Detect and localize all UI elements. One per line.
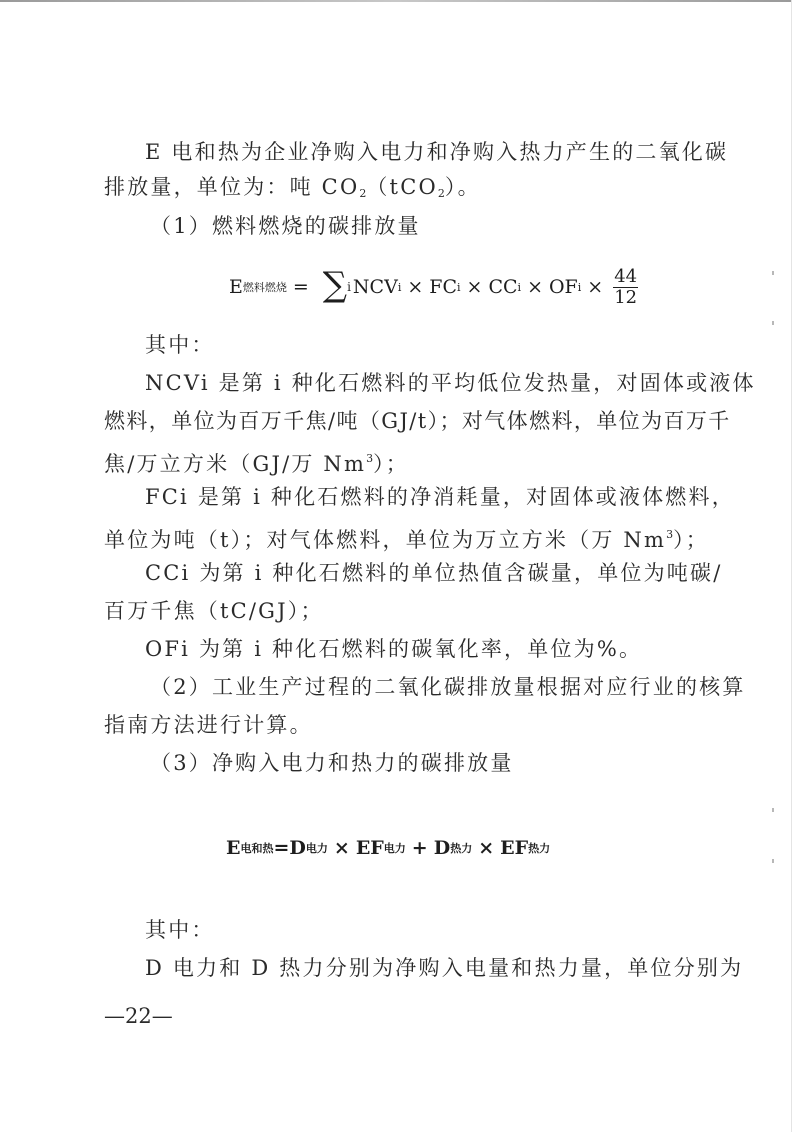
term-of-subscript: i — [578, 281, 582, 294]
fraction-denominator: 12 — [614, 288, 637, 308]
where-label-2: 其中： — [145, 918, 215, 942]
paragraph-e-electricity-heat-line2: 排放量，单位为：吨 CO2（tCO2）。 — [104, 175, 481, 206]
where-label-1: 其中： — [145, 333, 215, 357]
term-ef-heat-subscript: 热力 — [528, 840, 550, 856]
equals-sign: = — [273, 837, 289, 859]
formula-fuel-combustion: E燃料燃烧 = ∑i NCVi × FCi × CCi × OFi × 44 1… — [229, 262, 638, 312]
scan-top-edge — [0, 0, 792, 2]
fraction-numerator: 44 — [613, 267, 638, 288]
term-ef-heat: EF — [500, 837, 528, 859]
formula-lhs-subscript: 燃料燃烧 — [243, 279, 287, 295]
formula-lhs: E — [229, 276, 243, 298]
term-ef-electricity-subscript: 电力 — [384, 840, 406, 856]
unit-text-a: 排放量，单位为：吨 CO — [104, 175, 359, 199]
ncv-definition-line2: 燃料，单位为百万千焦/吨（GJ/t）；对气体燃料，单位为百万千 — [104, 409, 731, 433]
page-number: —22— — [104, 1004, 173, 1028]
scan-margin-mark — [772, 321, 774, 325]
paragraph-e-electricity-heat-line1: E 电和热为企业净购入电力和净购入热力产生的二氧化碳 — [145, 140, 728, 164]
plus-sign: + — [412, 837, 428, 859]
heading-industrial-process-line2: 指南方法进行计算。 — [104, 713, 313, 737]
term-d-electricity-subscript: 电力 — [306, 840, 328, 856]
times-sign: × — [407, 276, 423, 298]
times-sign: × — [467, 276, 483, 298]
cc-definition-line2: 百万千焦（tC/GJ）； — [104, 599, 324, 623]
fc-unit-text-b: ）； — [673, 528, 709, 552]
d-definition-line1: D 电力和 D 热力分别为净购入电量和热力量，单位分别为 — [145, 956, 743, 980]
cc-definition-line1: CCi 为第 i 种化石燃料的单位热值含碳量，单位为吨碳/ — [145, 561, 722, 585]
scan-margin-mark — [772, 859, 774, 863]
term-d-electricity: D — [289, 837, 305, 859]
times-sign: × — [478, 837, 494, 859]
ncv-definition-line1: NCVi 是第 i 种化石燃料的平均低位发热量，对固体或液体 — [145, 371, 756, 395]
fc-definition-line2: 单位为吨（t）；对气体燃料，单位为万立方米（万 Nm3）； — [104, 523, 709, 552]
heading-industrial-process-line1: （2）工业生产过程的二氧化碳排放量根据对应行业的核算 — [150, 675, 746, 699]
term-ef-electricity: EF — [356, 837, 384, 859]
subscript-2: 2 — [438, 187, 445, 200]
of-definition: OFi 为第 i 种化石燃料的碳氧化率，单位为%。 — [145, 637, 642, 661]
fc-definition-line1: FCi 是第 i 种化石燃料的净消耗量，对固体或液体燃料， — [145, 485, 735, 509]
equals-sign: = — [293, 276, 309, 298]
times-sign: × — [587, 276, 603, 298]
fc-unit-text-a: 单位为吨（t）；对气体燃料，单位为万立方米（万 Nm — [104, 528, 666, 552]
term-of: OF — [549, 276, 578, 298]
times-sign: × — [334, 837, 350, 859]
fraction-44-12: 44 12 — [613, 267, 638, 308]
times-sign: × — [527, 276, 543, 298]
formula-lhs: E — [226, 837, 240, 859]
term-cc-subscript: i — [518, 281, 522, 294]
term-ncv-subscript: i — [398, 281, 402, 294]
summation-icon: ∑ — [323, 268, 347, 302]
formula-lhs-subscript: 电和热 — [240, 840, 273, 856]
summation-index: i — [347, 280, 351, 294]
heading-purchased-electricity-heat: （3）净购入电力和热力的碳排放量 — [150, 751, 514, 775]
scan-margin-mark — [772, 808, 774, 812]
term-d-heat-subscript: 热力 — [450, 840, 472, 856]
ncv-definition-line3: 焦/万立方米（GJ/万 Nm3）； — [104, 447, 409, 476]
scan-margin-mark — [772, 271, 774, 275]
term-d-heat: D — [434, 837, 450, 859]
unit-text-c: ）。 — [445, 175, 481, 199]
ncv-unit-text-a: 焦/万立方米（GJ/万 Nm — [104, 452, 366, 476]
term-fc: FC — [429, 276, 457, 298]
heading-fuel-combustion: （1）燃料燃烧的碳排放量 — [150, 214, 421, 238]
unit-text-b: （tCO — [366, 175, 438, 199]
formula-electricity-heat: E电和热=D电力 × EF电力 + D热力 × EF热力 — [226, 831, 550, 865]
term-fc-subscript: i — [457, 281, 461, 294]
term-cc: CC — [488, 276, 517, 298]
term-ncv: NCV — [353, 276, 398, 298]
ncv-unit-text-b: ）； — [373, 452, 409, 476]
